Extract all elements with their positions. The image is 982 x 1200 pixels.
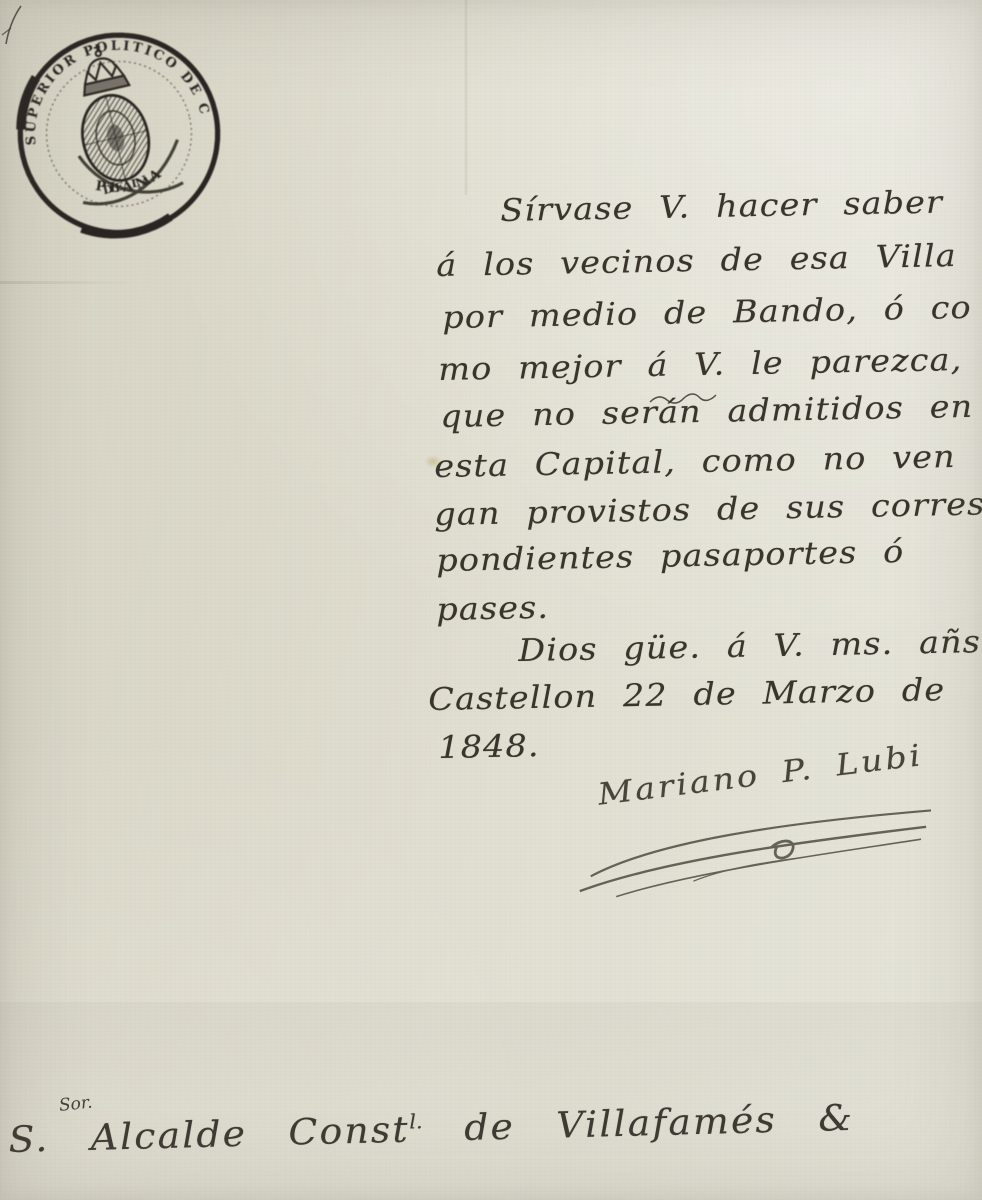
footer-address-line: S. Alcalde Constl. de Villafamés &	[8, 1098, 855, 1161]
manuscript-line-5: que no serán admitidos en	[440, 389, 974, 435]
document-scan: GOBIERNO SUPERIOR POLITICO DE CASTELLON	[0, 0, 982, 1200]
official-stamp: GOBIERNO SUPERIOR POLITICO DE CASTELLON	[14, 24, 224, 250]
signature-name: Mariano P. Lubi	[596, 738, 925, 813]
stamp-ring-blotch-bottom	[82, 209, 172, 244]
fold-crease-left	[0, 281, 140, 284]
footer-address-abbrev: l.	[409, 1110, 423, 1133]
manuscript-line-2: á los vecinos de esa Villa	[436, 238, 957, 284]
manuscript-line-4: mo mejor á V. le parezca,	[438, 342, 963, 388]
footer-flourish: &	[818, 1098, 855, 1140]
footer-address-prefix: S. Alcalde Const	[8, 1109, 410, 1160]
stamp-shield	[74, 89, 157, 188]
manuscript-line-9: pases.	[436, 590, 549, 628]
manuscript-line-8: pondientes pasaportes ó	[436, 534, 905, 579]
manuscript-line-3: por medio de Bando, ó co	[442, 290, 972, 336]
manuscript-line-10: Dios güe. á V. ms. añs.	[518, 624, 982, 669]
official-stamp-seal: GOBIERNO SUPERIOR POLITICO DE CASTELLON	[14, 24, 224, 250]
footer-salutation-superscript: Sor.	[58, 1092, 93, 1115]
manuscript-line-1: Sírvase V. hacer saber	[500, 184, 943, 228]
manuscript-line-11: Castellon 22 de Marzo de	[428, 672, 946, 718]
manuscript-line-7: gan provistos de sus corres	[434, 486, 982, 533]
manuscript-line-6: esta Capital, como no ven	[434, 439, 956, 485]
signature-rubric	[569, 803, 964, 916]
stamp-artwork: GOBIERNO SUPERIOR POLITICO DE CASTELLON	[14, 24, 224, 250]
manuscript-line-12: 1848.	[438, 728, 540, 766]
footer-address-town: de Villafamés	[422, 1100, 777, 1150]
fold-crease-vertical	[464, 0, 468, 195]
